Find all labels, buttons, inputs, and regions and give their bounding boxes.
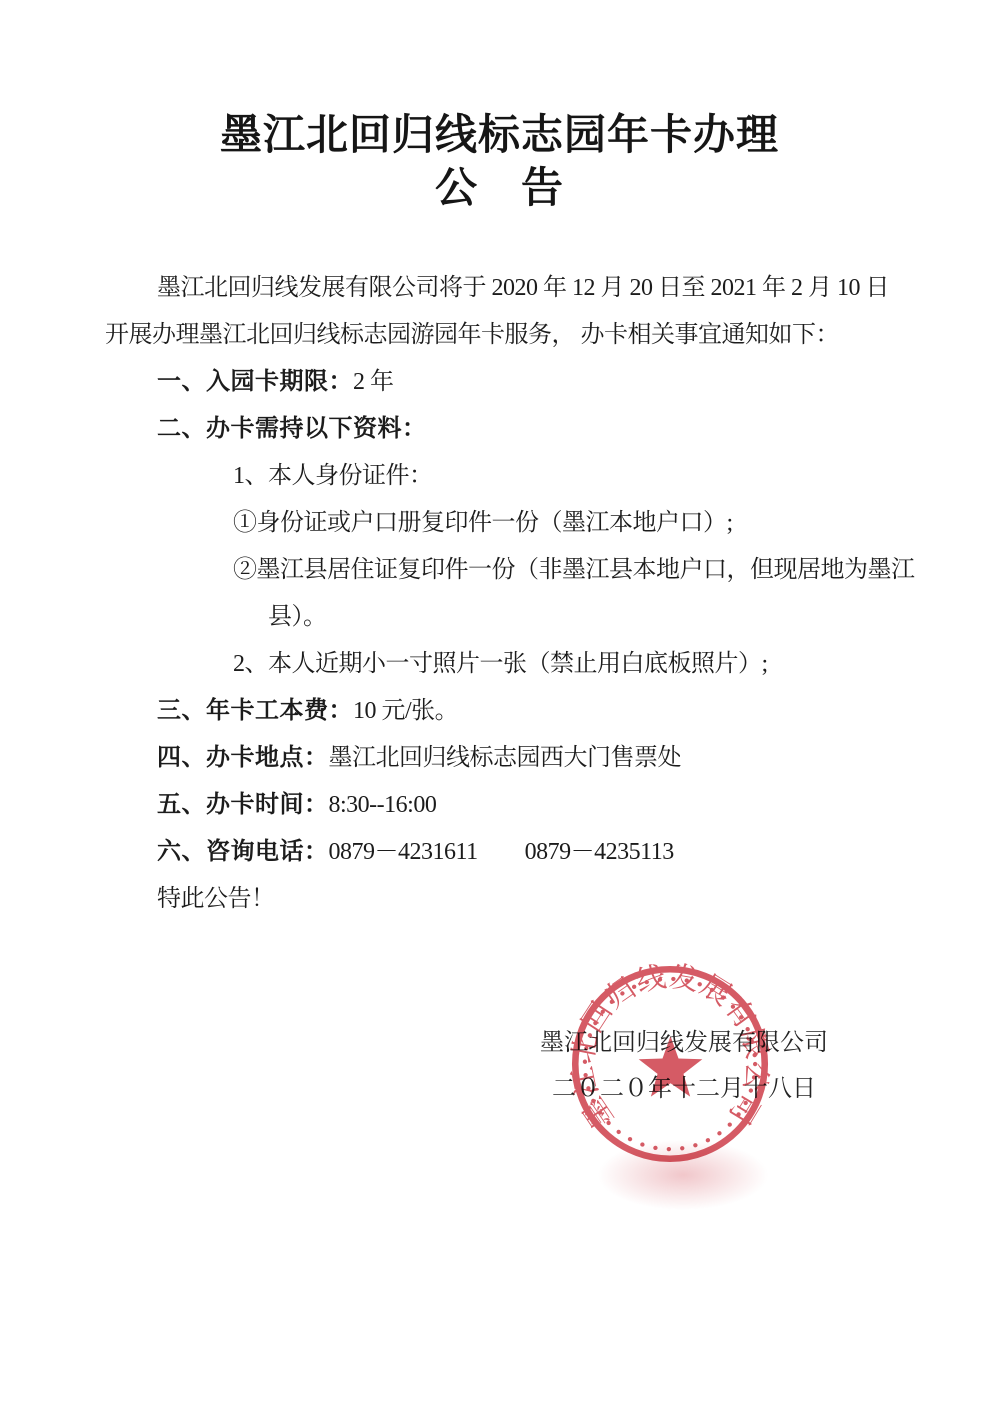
body-line: 五、办卡时间：8:30--16:00 <box>105 781 959 828</box>
body-line: 一、入园卡期限：2 年 <box>105 358 959 405</box>
announcement-page: 墨江北回归线标志园年卡办理 公 告 墨江北回归线发展有限公司将于 2020 年 … <box>0 0 999 1414</box>
page-title: 墨江北回归线标志园年卡办理 公 告 <box>0 110 999 216</box>
body-line-label: 六、咨询电话： <box>157 838 329 865</box>
body-line-label: 一、入园卡期限： <box>157 368 353 395</box>
announcement-body: 墨江北回归线发展有限公司将于 2020 年 12 月 20 日至 2021 年 … <box>105 264 959 922</box>
seal-ink-smudge <box>598 1140 768 1210</box>
body-line: ①身份证或户口册复印件一份（墨江本地户口）; <box>105 499 959 546</box>
body-line-text: 0879－4231611 0879－4235113 <box>329 839 674 865</box>
body-line-label: 五、办卡时间： <box>157 791 329 818</box>
body-line-text: 2、本人近期小一寸照片一张（禁止用白底板照片）; <box>233 651 768 677</box>
body-line-text: 10 元/张。 <box>353 698 458 724</box>
body-line-text: 特此公告！ <box>157 886 275 912</box>
body-line-text: 开展办理墨江北回归线标志园游园年卡服务， 办卡相关事宜通知如下： <box>105 322 839 348</box>
body-line-text: 2 年 <box>353 369 394 395</box>
body-line: 四、办卡地点：墨江北回归线标志园西大门售票处 <box>105 734 959 781</box>
body-line: 1、本人身份证件： <box>105 452 959 499</box>
body-line: 2、本人近期小一寸照片一张（禁止用白底板照片）; <box>105 640 959 687</box>
body-line-text: 县）。 <box>268 604 327 630</box>
body-line-text: 墨江北回归线标志园西大门售票处 <box>329 745 682 771</box>
body-line-label: 三、年卡工本费： <box>157 697 353 724</box>
body-line: 开展办理墨江北回归线标志园游园年卡服务， 办卡相关事宜通知如下： <box>105 311 959 358</box>
body-line: 三、年卡工本费：10 元/张。 <box>105 687 959 734</box>
body-line-text: 1、本人身份证件： <box>233 463 433 489</box>
body-line-label: 二、办卡需持以下资料： <box>157 415 427 442</box>
title-line-1: 墨江北回归线标志园年卡办理 <box>0 110 999 163</box>
title-line-2: 公 告 <box>0 163 999 216</box>
body-line: 墨江北回归线发展有限公司将于 2020 年 12 月 20 日至 2021 年 … <box>105 264 959 311</box>
body-line-text: 8:30--16:00 <box>329 792 437 818</box>
body-line: 特此公告！ <box>105 875 959 922</box>
body-line-text: ①身份证或户口册复印件一份（墨江本地户口）; <box>233 510 733 536</box>
star-icon <box>639 1036 703 1096</box>
body-line: ②墨江县居住证复印件一份（非墨江县本地户口，但现居地为墨江 <box>105 546 959 593</box>
body-line-text: 墨江北回归线发展有限公司将于 2020 年 12 月 20 日至 2021 年 … <box>157 275 889 301</box>
body-line: 县）。 <box>105 593 959 640</box>
body-line-label: 四、办卡地点： <box>157 744 329 771</box>
body-line-text: ②墨江县居住证复印件一份（非墨江县本地户口，但现居地为墨江 <box>233 557 915 583</box>
body-line: 二、办卡需持以下资料： <box>105 405 959 452</box>
body-line: 六、咨询电话：0879－4231611 0879－4235113 <box>105 828 959 875</box>
